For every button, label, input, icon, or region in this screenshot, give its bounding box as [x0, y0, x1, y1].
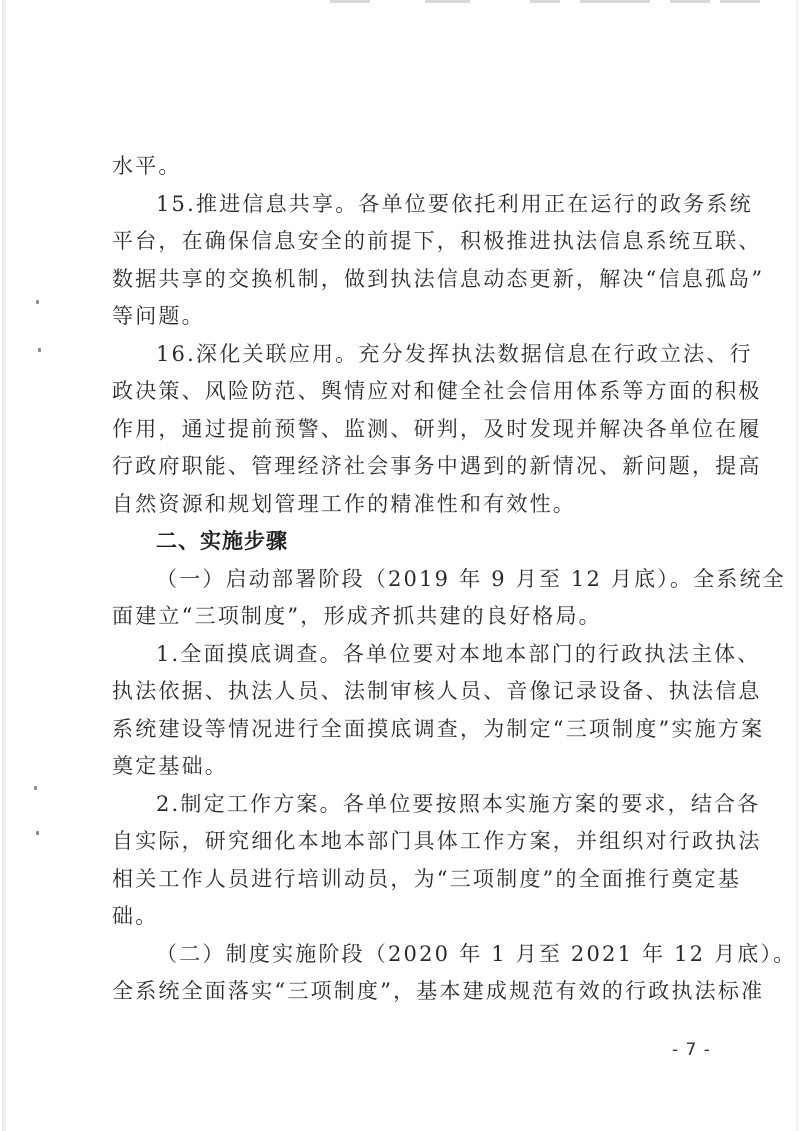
section-heading: 二、实施步骤	[112, 523, 708, 561]
paragraph-line: （一）启动部署阶段（2019 年 9 月至 12 月底）。全系统全	[112, 561, 708, 599]
scan-left-edge	[2, 0, 6, 1131]
paragraph-line: 面建立“三项制度”，形成齐抓共建的良好格局。	[112, 598, 708, 636]
paragraph-stage-1: （一）启动部署阶段（2019 年 9 月至 12 月底）。全系统全 面建立“三项…	[112, 561, 708, 636]
paragraph-line: 行政府职能、管理经济社会事务中遇到的新情况、新问题，提高	[112, 448, 708, 486]
binding-hole-mark	[38, 348, 41, 352]
paragraph-line: 水平。	[112, 148, 708, 186]
document-body: 水平。 15.推进信息共享。各单位要依托利用正在运行的政务系统 平台，在确保信息…	[112, 148, 708, 1011]
paragraph-item-16: 16.深化关联应用。充分发挥执法数据信息在行政立法、行 政决策、风险防范、舆情应…	[112, 336, 708, 524]
paragraph-line: 等问题。	[112, 298, 708, 336]
paragraph-line: 础。	[112, 898, 708, 936]
paragraph-line: 2.制定工作方案。各单位要按照本实施方案的要求，结合各	[112, 786, 708, 824]
scan-top-bleed	[320, 0, 780, 3]
binding-hole-mark	[36, 300, 39, 304]
paragraph-line: 执法依据、执法人员、法制审核人员、音像记录设备、执法信息	[112, 673, 708, 711]
paragraph-line: 相关工作人员进行培训动员，为“三项制度”的全面推行奠定基	[112, 861, 708, 899]
paragraph-item-1: 1.全面摸底调查。各单位要对本地本部门的行政执法主体、 执法依据、执法人员、法制…	[112, 636, 708, 786]
paragraph-line: 作用，通过提前预警、监测、研判，及时发现并解决各单位在履	[112, 411, 708, 449]
paragraph-line: （二）制度实施阶段（2020 年 1 月至 2021 年 12 月底）。	[112, 936, 708, 974]
paragraph-line: 全系统全面落实“三项制度”，基本建成规范有效的行政执法标准	[112, 973, 708, 1011]
paragraph-line: 数据共享的交换机制，做到执法信息动态更新，解决“信息孤岛”	[112, 261, 708, 299]
paragraph-line: 自然资源和规划管理工作的精准性和有效性。	[112, 486, 708, 524]
paragraph-line: 1.全面摸底调查。各单位要对本地本部门的行政执法主体、	[112, 636, 708, 674]
binding-hole-mark	[34, 786, 37, 790]
paragraph-line: 15.推进信息共享。各单位要依托利用正在运行的政务系统	[112, 186, 708, 224]
paragraph-stage-2: （二）制度实施阶段（2020 年 1 月至 2021 年 12 月底）。 全系统…	[112, 936, 708, 1011]
paragraph-line: 奠定基础。	[112, 748, 708, 786]
paragraph-line: 系统建设等情况进行全面摸底调查，为制定“三项制度”实施方案	[112, 711, 708, 749]
page-number: - 7 -	[672, 1040, 711, 1060]
binding-hole-mark	[36, 831, 39, 835]
paragraph-item-15: 15.推进信息共享。各单位要依托利用正在运行的政务系统 平台，在确保信息安全的前…	[112, 186, 708, 336]
paragraph-line: 16.深化关联应用。充分发挥执法数据信息在行政立法、行	[112, 336, 708, 374]
paragraph-line: 政决策、风险防范、舆情应对和健全社会信用体系等方面的积极	[112, 373, 708, 411]
paragraph-line: 自实际，研究细化本地本部门具体工作方案，并组织对行政执法	[112, 823, 708, 861]
paragraph-line: 平台，在确保信息安全的前提下，积极推进执法信息系统互联、	[112, 223, 708, 261]
scan-right-edge	[796, 0, 798, 1131]
paragraph-item-2: 2.制定工作方案。各单位要按照本实施方案的要求，结合各 自实际，研究细化本地本部…	[112, 786, 708, 936]
